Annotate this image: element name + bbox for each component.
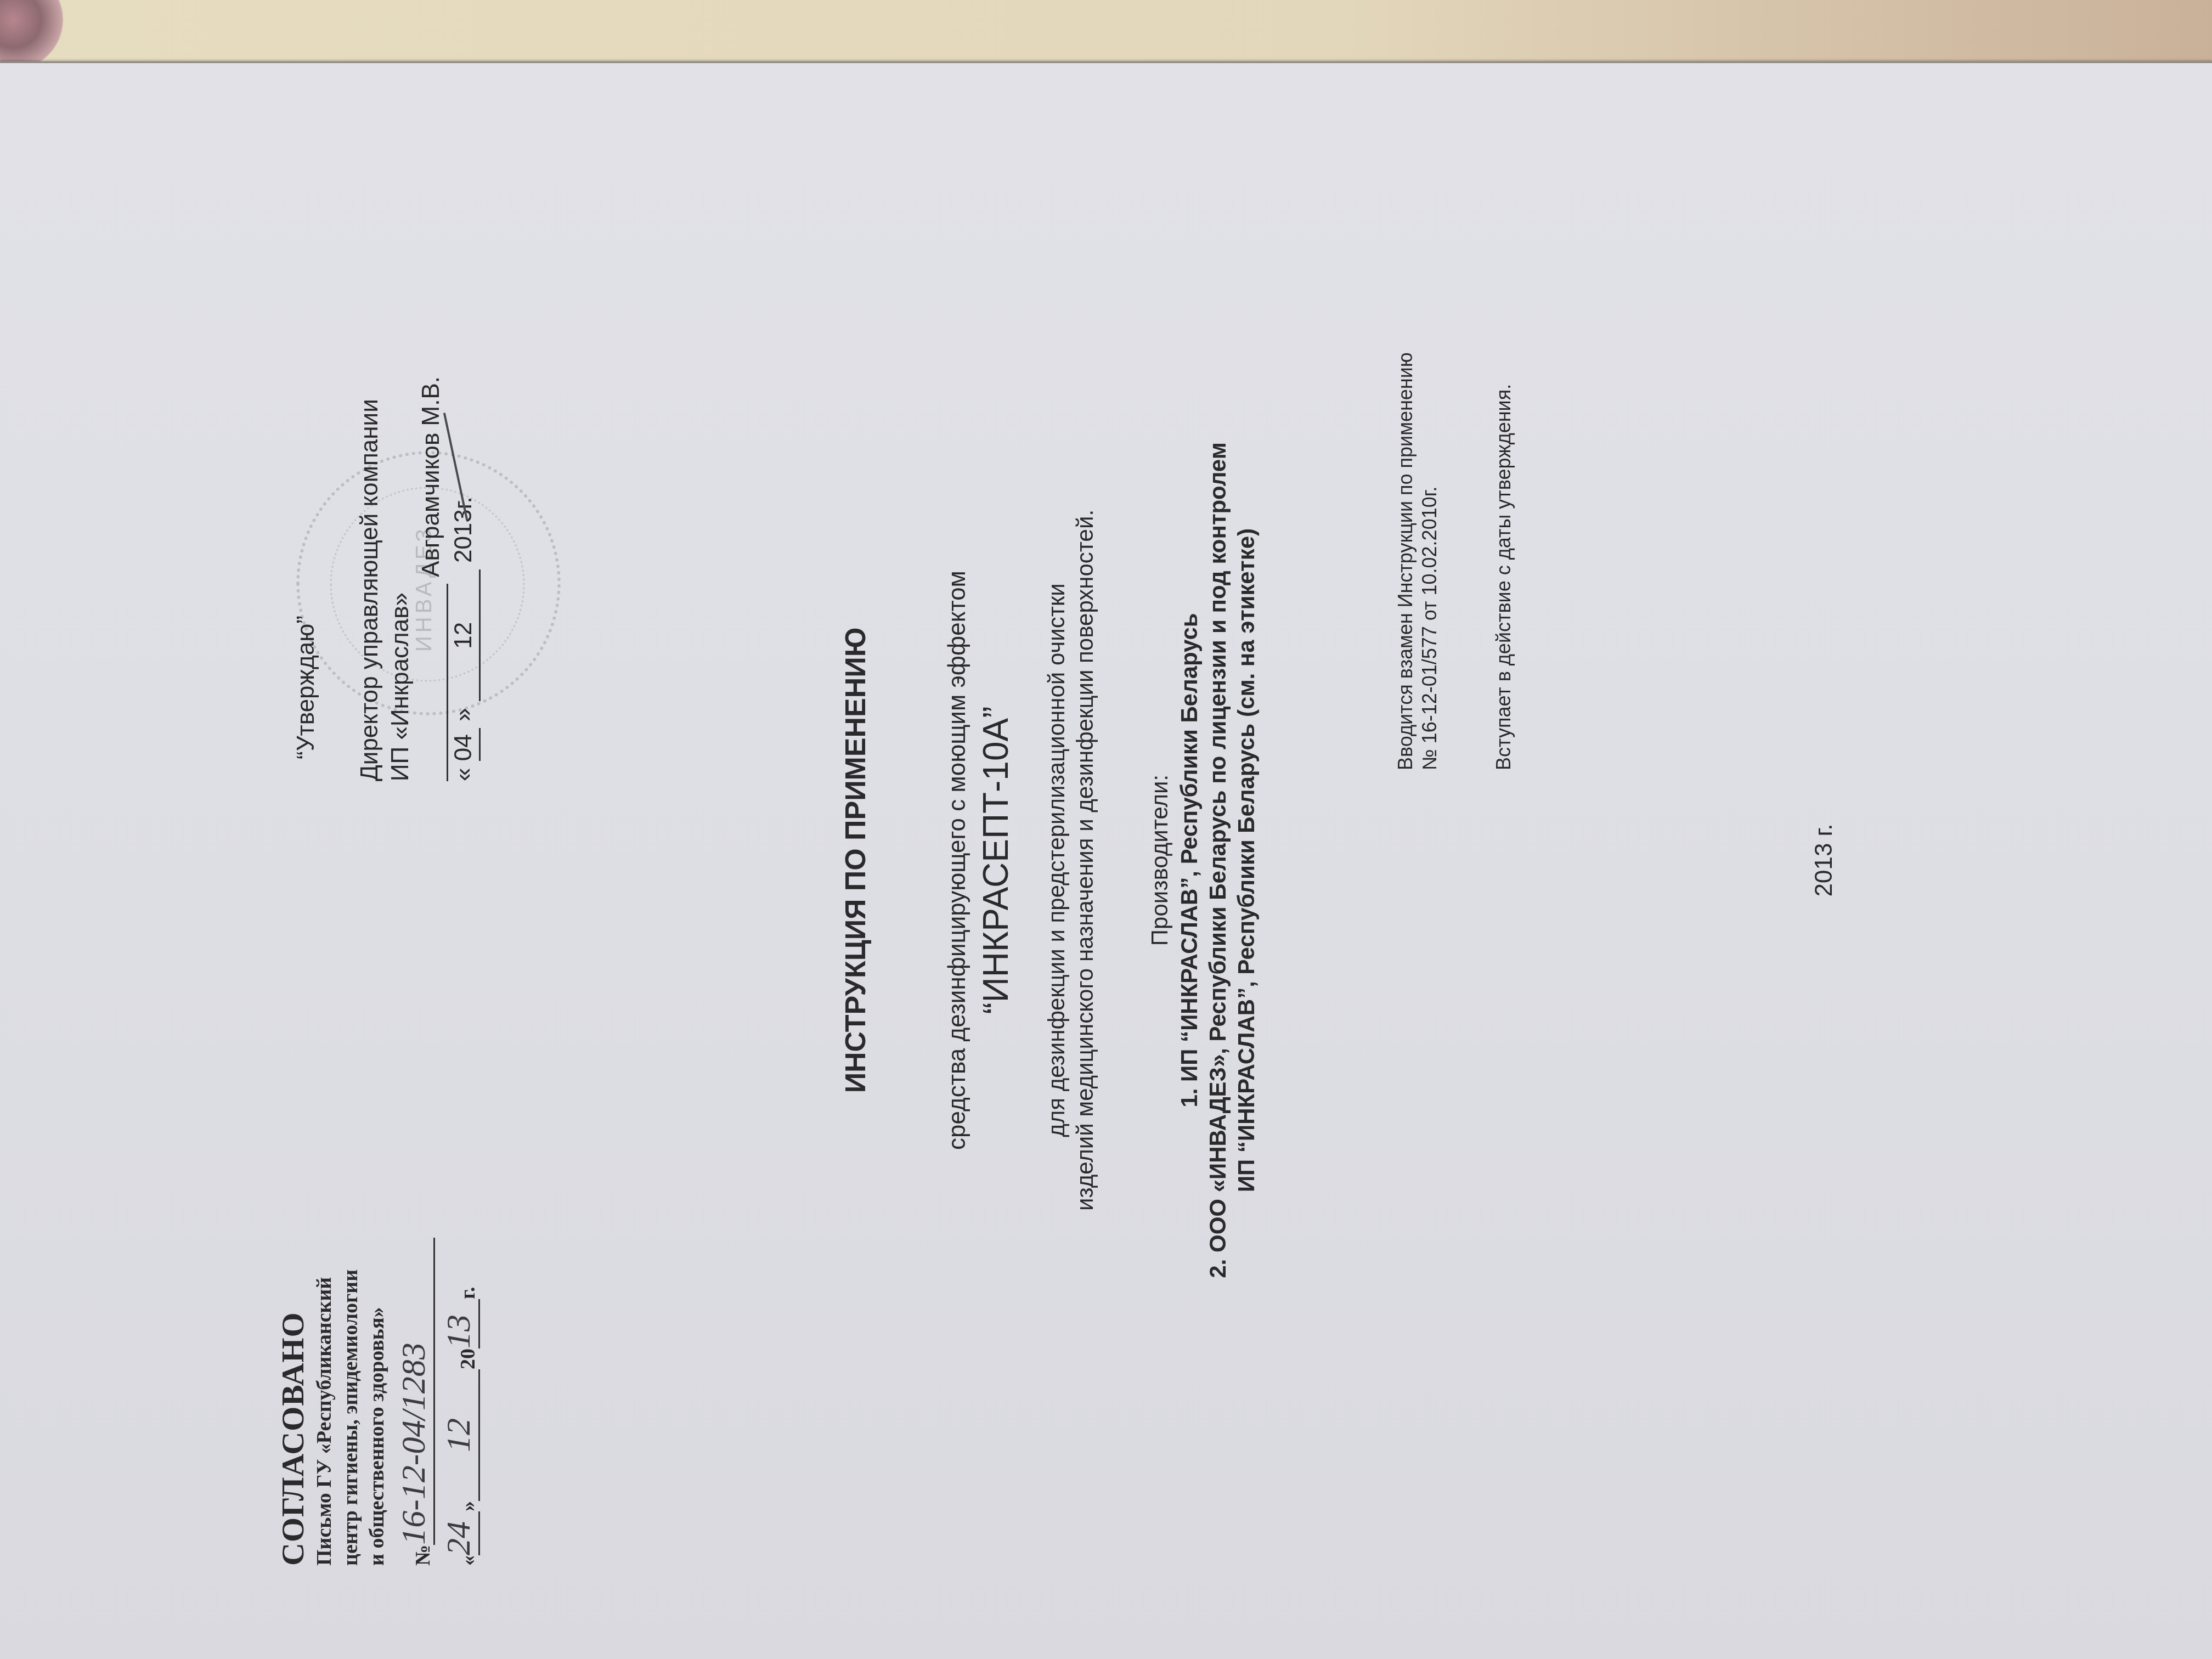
document-subtitle: средства дезинфицирующего с моющим эффек… bbox=[944, 61, 971, 1659]
approve-header: “Утверждаю” bbox=[291, 150, 321, 759]
agreed-number-row: № 16-12-04/1283 bbox=[394, 1182, 435, 1566]
quote-close: » bbox=[456, 1501, 480, 1511]
background-object bbox=[0, 0, 66, 66]
replaces-line-2: № 16-12-01/577 от 10.02.2010г. bbox=[1418, 352, 1442, 770]
agreed-date-row: « 24 » 12 20 13 г. bbox=[439, 1182, 480, 1566]
effective-note: Вступает в действие с даты утверждения. bbox=[1492, 384, 1515, 770]
background-surface bbox=[0, 0, 2212, 69]
manufacturer-2-cont: ИП “ИНКРАСЛАВ”, Республики Беларусь (см.… bbox=[1232, 61, 1261, 1659]
quote-close: » bbox=[450, 708, 477, 721]
purpose-line-1: для дезинфекции и предстерилизационной о… bbox=[1042, 61, 1071, 1659]
agreed-line-3: и общественного здоровья» bbox=[364, 1182, 390, 1566]
agreed-title: СОГЛАСОВАНО bbox=[274, 1182, 311, 1566]
manufacturers-header: Производители: bbox=[1147, 61, 1173, 1659]
approve-month: 12 bbox=[448, 569, 481, 701]
signature-line bbox=[416, 584, 448, 781]
handwritten-day: 24 bbox=[439, 1511, 480, 1555]
replaces-note: Вводится взамен Инструкции по применению… bbox=[1393, 352, 1442, 770]
handwritten-year: 13 bbox=[439, 1299, 480, 1348]
handwritten-number: 16-12-04/1283 bbox=[394, 1238, 435, 1545]
agreed-block: СОГЛАСОВАНО Письмо ГУ «Республиканский ц… bbox=[274, 1182, 480, 1566]
agreed-line-1: Письмо ГУ «Республиканский bbox=[311, 1182, 337, 1566]
document-year: 2013 г. bbox=[1810, 61, 1838, 1659]
number-label: № bbox=[411, 1545, 435, 1566]
approve-position: Директор управляющей компании bbox=[354, 150, 385, 781]
manufacturer-1: 1. ИП “ИНКРАСЛАВ”, Республики Беларусь bbox=[1175, 61, 1204, 1659]
year-label: г. bbox=[456, 1287, 480, 1299]
product-name: “ИНКРАСЕПТ-10А” bbox=[975, 61, 1016, 1659]
quote-open: « bbox=[456, 1555, 480, 1566]
manufacturer-2: 2. ООО «ИНВАДЕЗ», Республики Беларусь по… bbox=[1204, 61, 1232, 1659]
year-prefix: 20 bbox=[456, 1348, 480, 1369]
handwritten-month: 12 bbox=[439, 1369, 480, 1501]
approve-day: 04 bbox=[448, 728, 481, 761]
replaces-line-1: Вводится взамен Инструкции по применению bbox=[1393, 352, 1418, 770]
document-content: СОГЛАСОВАНО Письмо ГУ «Республиканский ц… bbox=[0, 61, 2212, 1659]
purpose-line-2: изделий медицинского назначения и дезинф… bbox=[1071, 61, 1099, 1659]
quote-open: « bbox=[450, 768, 477, 781]
agreed-line-2: центр гигиены, эпидемиологии bbox=[337, 1182, 364, 1566]
document-title: ИНСТРУКЦИЯ ПО ПРИМЕНЕНИЮ bbox=[839, 61, 872, 1659]
